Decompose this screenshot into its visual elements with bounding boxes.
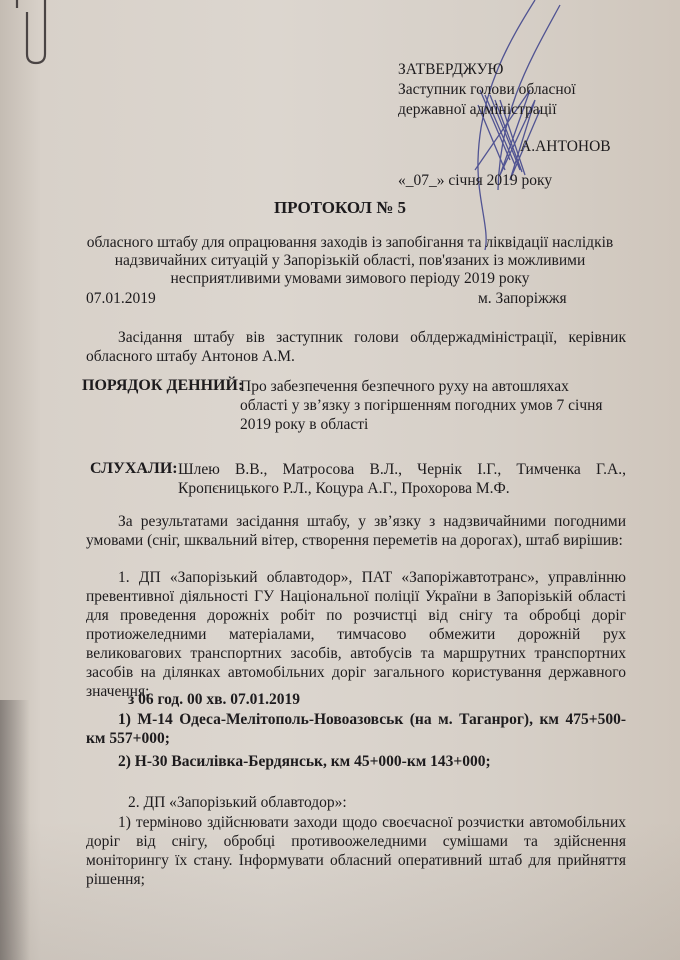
protocol-city: м. Запоріжжя	[478, 290, 567, 308]
subtitle-line: надзвичайних ситуацій у Запорізькій обла…	[70, 252, 630, 270]
decision-item-1: 1. ДП «Запорізький облавтодор», ПАТ «Зап…	[86, 568, 626, 701]
subtitle-line: обласного штабу для опрацювання заходів …	[70, 234, 630, 252]
protocol-subtitle: обласного штабу для опрацювання заходів …	[70, 234, 630, 288]
heard-text: Шлею В.В., Матросова В.Л., Чернік І.Г., …	[178, 460, 626, 498]
intro-paragraph: Засідання штабу вів заступник голови обл…	[86, 328, 626, 366]
agenda-text: Про забезпечення безпечного руху на авто…	[240, 377, 620, 434]
subtitle-line: несприятливими умовами зимового періоду …	[70, 270, 630, 288]
approval-block: ЗАТВЕРДЖУЮ Заступник голови обласної дер…	[398, 60, 576, 120]
heard-label: СЛУХАЛИ:	[90, 460, 178, 478]
approval-signer: А.АНТОНОВ	[520, 138, 611, 156]
decision-item-2-heading: 2. ДП «Запорізький облавтодор»:	[128, 793, 528, 812]
protocol-title: ПРОТОКОЛ № 5	[0, 198, 680, 218]
page-edge-shadow	[0, 700, 30, 960]
approval-date: «_07_» січня 2019 року	[398, 172, 552, 190]
decision-item-2-sub-1: 1) терміново здійснювати заходи щодо сво…	[86, 813, 626, 889]
protocol-date: 07.01.2019	[86, 290, 156, 308]
approval-heading: ЗАТВЕРДЖУЮ	[398, 60, 576, 80]
road-item: 1) М-14 Одеса-Мелітополь-Новоазовськ (на…	[86, 710, 626, 748]
restriction-start-time: з 06 год. 00 хв. 07.01.2019	[128, 690, 528, 709]
decision-intro: За результатами засідання штабу, у зв’яз…	[86, 512, 626, 550]
road-item: 2) Н-30 Василівка-Бердянськ, км 45+000-к…	[86, 752, 626, 771]
signature-mark	[440, 0, 570, 260]
agenda-label: ПОРЯДОК ДЕННИЙ:	[82, 377, 243, 395]
approval-position-2: державної адміністрації	[398, 100, 576, 120]
approval-position: Заступник голови обласної	[398, 80, 576, 100]
paperclip-icon	[10, 0, 50, 70]
